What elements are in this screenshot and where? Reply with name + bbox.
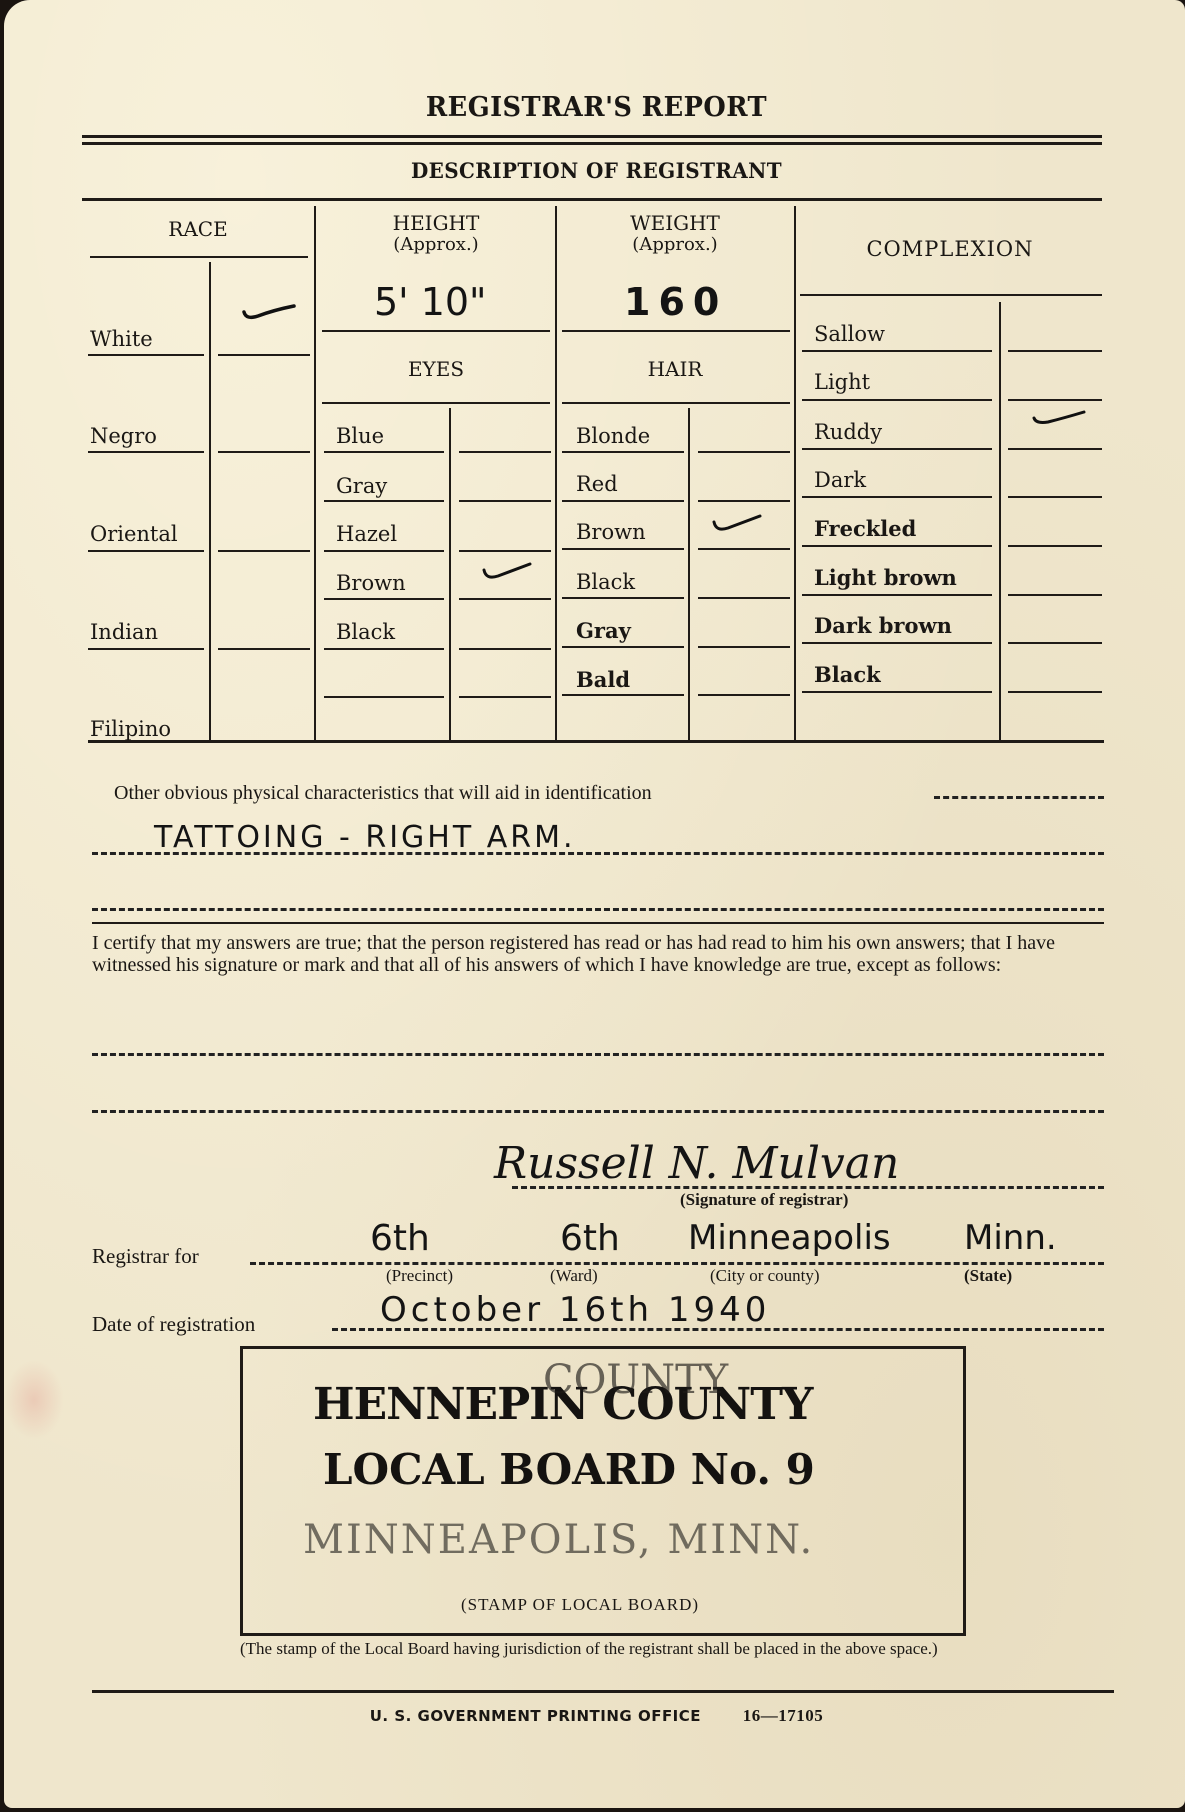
row-rule: [562, 597, 684, 599]
eyes-black-label: Black: [336, 620, 395, 644]
row-rule: [802, 594, 992, 596]
row-rule: [218, 648, 310, 650]
precinct-caption: (Precinct): [386, 1266, 453, 1286]
complexion-dark-brown-label: Dark brown: [814, 613, 952, 638]
dotted-line: [92, 852, 1104, 855]
registrar-for-label: Registrar for: [92, 1244, 199, 1269]
other-characteristics-value: TATTOING - RIGHT ARM.: [154, 820, 576, 855]
complexion-black-label: Black: [814, 662, 881, 687]
row-rule: [698, 548, 790, 550]
row-rule: [1008, 642, 1102, 644]
hair-bald-label: Bald: [576, 667, 630, 692]
divider-rule: [92, 922, 1104, 924]
eyes-header: EYES: [322, 358, 550, 380]
row-rule: [88, 648, 204, 650]
weight-header-label: WEIGHT: [630, 211, 720, 235]
except-line-2: [92, 1110, 1104, 1113]
precinct-value: 6th: [370, 1218, 430, 1259]
stamp-box: HENNEPIN COUNTY COUNTY LOCAL BOARD No. 9…: [240, 1346, 966, 1636]
hair-red-label: Red: [576, 472, 618, 496]
weight-header: WEIGHT (Approx.): [560, 212, 790, 256]
eyes-check-col: [449, 408, 451, 742]
race-white-label: White: [90, 327, 153, 351]
complexion-light-label: Light: [814, 370, 870, 394]
row-rule: [562, 451, 684, 453]
registrar-signature: Russell N. Mulvan: [494, 1138, 899, 1189]
title-rule-bottom: [82, 142, 1102, 145]
race-negro-label: Negro: [90, 424, 157, 448]
height-value: 5' 10": [374, 280, 487, 324]
form-number: 16—17105: [743, 1706, 824, 1725]
hair-brown-checkmark-icon[interactable]: [710, 514, 768, 536]
complexion-dark-label: Dark: [814, 468, 866, 492]
dotted-line: [934, 796, 1104, 799]
row-rule: [698, 646, 790, 648]
height-header: HEIGHT (Approx.): [322, 212, 550, 256]
hair-black-label: Black: [576, 570, 635, 594]
row-rule: [802, 350, 992, 352]
page-title: REGISTRAR'S REPORT: [34, 92, 1160, 123]
row-rule: [88, 354, 204, 356]
row-rule: [802, 448, 992, 450]
other-characteristics-label: Other obvious physical characteristics t…: [114, 782, 652, 805]
eyes-brown-checkmark-icon[interactable]: [480, 562, 538, 584]
col-divider-race: [314, 206, 316, 742]
row-rule: [324, 550, 444, 552]
row-rule: [1008, 350, 1102, 352]
row-rule: [698, 597, 790, 599]
title-rule-top: [82, 135, 1102, 138]
row-rule: [1008, 448, 1102, 450]
complexion-sallow-label: Sallow: [814, 322, 885, 346]
height-header-label: HEIGHT: [393, 211, 480, 235]
eyes-brown-label: Brown: [336, 571, 406, 595]
row-rule: [802, 399, 992, 401]
complexion-header: COMPLEXION: [800, 238, 1100, 260]
complexion-header-rule: [800, 294, 1102, 296]
row-rule: [698, 694, 790, 696]
certification-text: I certify that my answers are true; that…: [92, 932, 1107, 976]
race-filipino-label: Filipino: [90, 717, 171, 741]
row-rule: [698, 500, 790, 502]
height-rule: [322, 330, 550, 332]
stamp-note: (The stamp of the Local Board having jur…: [240, 1640, 980, 1658]
row-rule: [1008, 399, 1102, 401]
date-value: October 16th 1940: [380, 1290, 770, 1330]
row-rule: [562, 548, 684, 550]
race-check-col: [209, 262, 211, 742]
row-rule: [459, 696, 551, 698]
eyes-hazel-label: Hazel: [336, 522, 397, 546]
race-oriental-label: Oriental: [90, 522, 178, 546]
height-header-sub: (Approx.): [322, 234, 550, 256]
date-label: Date of registration: [92, 1312, 255, 1337]
state-caption: (State): [964, 1266, 1012, 1286]
paper-stain: [4, 1360, 64, 1440]
hair-brown-label: Brown: [576, 520, 646, 544]
race-indian-label: Indian: [90, 620, 158, 644]
weight-value: 160: [624, 280, 727, 324]
row-rule: [1008, 691, 1102, 693]
row-rule: [802, 545, 992, 547]
stamp-line-2-text: LOCAL BOARD No. 9: [323, 1445, 815, 1494]
row-rule: [1008, 545, 1102, 547]
row-rule: [324, 696, 444, 698]
row-rule: [88, 550, 204, 552]
row-rule: [218, 550, 310, 552]
row-rule: [459, 451, 551, 453]
row-rule: [218, 451, 310, 453]
row-rule: [562, 500, 684, 502]
stamp-line-3: MINNEAPOLIS, MINN.: [303, 1517, 814, 1563]
row-rule: [802, 642, 992, 644]
row-rule: [562, 646, 684, 648]
row-rule: [698, 451, 790, 453]
row-rule: [802, 691, 992, 693]
stamp-caption: (STAMP OF LOCAL BOARD): [461, 1595, 699, 1615]
ward-caption: (Ward): [550, 1266, 598, 1286]
complexion-light-brown-label: Light brown: [814, 565, 957, 590]
row-rule: [1008, 594, 1102, 596]
signature-caption: (Signature of registrar): [680, 1190, 848, 1210]
complexion-ruddy-checkmark-icon[interactable]: [1030, 410, 1088, 432]
section-subtitle: DESCRIPTION OF REGISTRANT: [34, 158, 1160, 183]
registrar-report-card: REGISTRAR'S REPORT DESCRIPTION OF REGIST…: [4, 0, 1185, 1808]
footer: U. S. GOVERNMENT PRINTING OFFICE 16—1710…: [4, 1706, 1185, 1726]
weight-header-sub: (Approx.): [560, 234, 790, 256]
row-rule: [459, 598, 551, 600]
table-top-rule: [82, 198, 1102, 201]
row-rule: [218, 354, 310, 356]
stamp-line-1-overlay: COUNTY: [543, 1357, 728, 1403]
hair-header: HAIR: [560, 358, 790, 380]
col-divider-weight: [794, 206, 796, 742]
printer-label: U. S. GOVERNMENT PRINTING OFFICE: [370, 1707, 701, 1725]
eyes-header-rule: [322, 402, 550, 404]
complexion-check-col: [999, 302, 1001, 742]
state-value: Minn.: [964, 1218, 1057, 1258]
row-rule: [324, 648, 444, 650]
except-line-1: [92, 1053, 1104, 1056]
registrar-for-line: [250, 1262, 1104, 1265]
row-rule: [459, 500, 551, 502]
dotted-line: [92, 908, 1104, 911]
race-white-checkmark-icon[interactable]: [240, 302, 298, 324]
hair-check-col: [688, 408, 690, 742]
stamp-line-2: LOCAL BOARD No. 9: [323, 1445, 815, 1494]
row-rule: [1008, 496, 1102, 498]
city-caption: (City or county): [710, 1266, 820, 1286]
hair-blonde-label: Blonde: [576, 424, 650, 448]
ward-value: 6th: [560, 1218, 620, 1259]
row-rule: [562, 694, 684, 696]
row-rule: [324, 451, 444, 453]
table-bottom-rule: [88, 740, 1104, 743]
eyes-blue-label: Blue: [336, 424, 384, 448]
race-header-rule: [90, 256, 308, 258]
signature-line: [512, 1186, 1104, 1189]
city-value: Minneapolis: [688, 1218, 891, 1258]
hair-header-rule: [562, 402, 790, 404]
footer-rule: [92, 1690, 1114, 1693]
row-rule: [88, 451, 204, 453]
row-rule: [459, 648, 551, 650]
row-rule: [324, 598, 444, 600]
eyes-gray-label: Gray: [336, 474, 387, 498]
complexion-freckled-label: Freckled: [814, 516, 916, 541]
race-header: RACE: [88, 218, 308, 240]
hair-gray-label: Gray: [576, 618, 631, 643]
row-rule: [324, 500, 444, 502]
row-rule: [802, 496, 992, 498]
complexion-ruddy-label: Ruddy: [814, 420, 882, 444]
weight-rule: [562, 330, 790, 332]
row-rule: [459, 550, 551, 552]
col-divider-height: [555, 206, 557, 742]
